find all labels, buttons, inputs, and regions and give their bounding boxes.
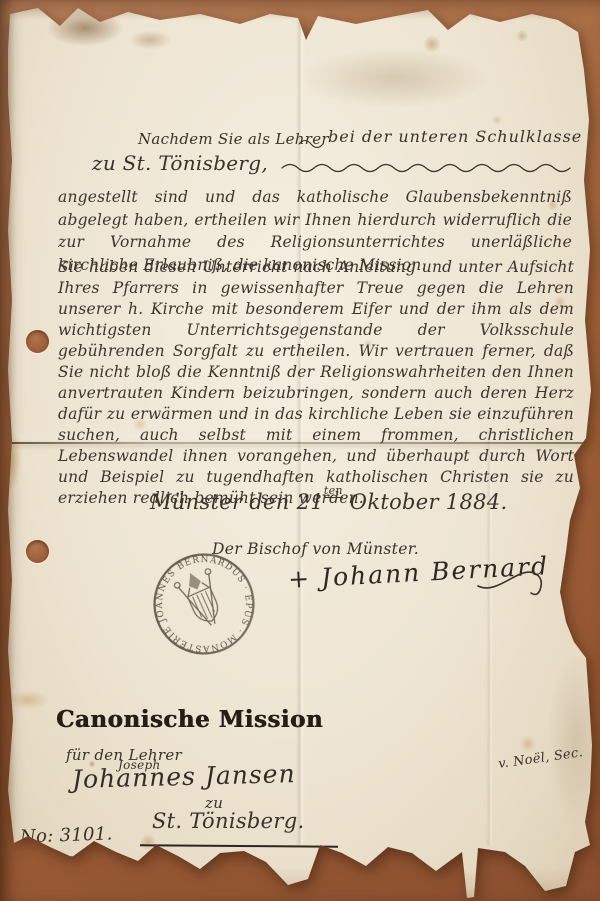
filler-squiggle-icon bbox=[298, 136, 324, 148]
photo-background: Nachdem Sie als Lehrer bei der unteren S… bbox=[0, 0, 600, 901]
seal-coat-of-arms bbox=[173, 566, 231, 632]
document-paper: Nachdem Sie als Lehrer bei der unteren S… bbox=[0, 0, 600, 901]
punch-hole-top bbox=[26, 330, 49, 353]
document-number: No: 3101. bbox=[20, 823, 113, 847]
signature-flourish-icon bbox=[476, 560, 554, 600]
place-underline bbox=[140, 844, 338, 847]
opening-line-right: bei der unteren Schulklasse bbox=[328, 127, 582, 146]
date-prefix: Münster den 21 bbox=[150, 490, 324, 514]
recipient-place: St. Tönisberg. bbox=[152, 809, 304, 833]
recipient-name: Johannes Jansen bbox=[72, 759, 296, 794]
paragraph-two: Sie haben diesen Unterricht nach Anleitu… bbox=[58, 257, 574, 509]
punch-hole-bottom bbox=[26, 540, 49, 563]
secretary-signature: v. Noël, Sec. bbox=[497, 745, 584, 772]
date-suffix: Oktober 1884. bbox=[343, 490, 508, 514]
dateline: Münster den 21ten Oktober 1884. bbox=[150, 490, 507, 514]
place-line: zu St. Tönisberg, bbox=[92, 151, 268, 175]
mission-title: Canonische Mission bbox=[56, 706, 323, 733]
wavy-filler-line-icon bbox=[280, 158, 572, 174]
number-underline bbox=[14, 854, 118, 861]
date-ordinal-superscript: ten bbox=[324, 484, 343, 498]
paper-shadow: Nachdem Sie als Lehrer bei der unteren S… bbox=[0, 0, 600, 901]
